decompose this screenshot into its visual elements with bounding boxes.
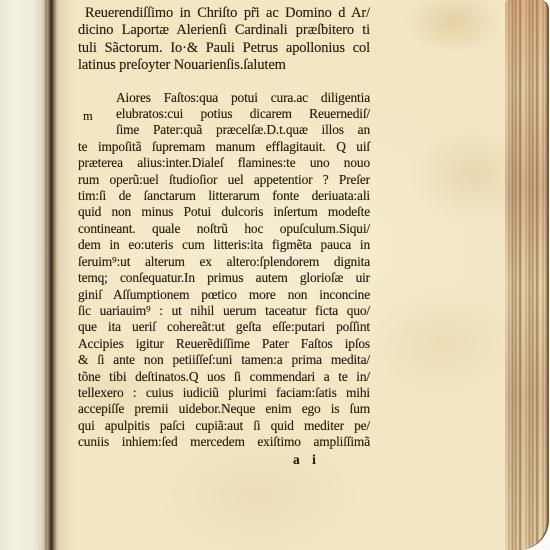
- text-line: dicino Laportæ Alerienſi Cardinali præſb…: [78, 22, 370, 39]
- text-line: tellexero : cuius iudiciũ plurimi faciam…: [78, 385, 370, 401]
- text-line: tõne tibi deſtinatos.Q uos ſi commendari…: [78, 369, 370, 385]
- text-line: temq; conſequatur.In primus autem glorio…: [78, 270, 370, 286]
- text-line: Aiores Faſtos:qua potui cura.ac diligent…: [78, 90, 370, 106]
- text-line: Accipies igitur Reuerẽdiſſime Pater Faſt…: [78, 336, 370, 352]
- text-line: tim:ſi de ſanctarum litterarum fonte der…: [78, 188, 370, 204]
- text-line: dem in eo:uteris cum litteris:ita figmẽt…: [78, 237, 370, 253]
- gutter-shadow: [43, 0, 59, 550]
- text-line: accepiſſe premii uidebor.Neque enim ego …: [78, 401, 370, 417]
- text-line: ſic uariauim⁹ : ut nihil uerum taceatur …: [78, 303, 370, 319]
- text-block: Reuerendiſſimo in Chriſto pr̃i ac Domino…: [78, 5, 370, 468]
- text-line: cuniis inhiem:ſed mercedem exiſtimo ampl…: [78, 434, 370, 450]
- guide-letter: m: [83, 109, 93, 124]
- text-line: giniſ Aſſumptionem pœtico more non incon…: [78, 287, 370, 303]
- body-text: Aiores Faſtos:qua potui cura.ac diligent…: [78, 90, 370, 451]
- text-line: contineant. quale noſtrũ hoc opuſculum.S…: [78, 221, 370, 237]
- text-line: que ita ueriſ cohereãt:ut geſta eſſe:put…: [78, 319, 370, 335]
- signature-mark: a i: [78, 452, 370, 468]
- facing-page-edge: [0, 0, 47, 550]
- book-page: Reuerendiſſimo in Chriſto pr̃i ac Domino…: [54, 0, 508, 550]
- text-line: Reuerendiſſimo in Chriſto pr̃i ac Domino…: [78, 5, 370, 22]
- text-line: tuli Sãctorum. Io·& Pauli Petrus apollon…: [78, 40, 370, 57]
- text-line: ſeruim⁹:ut alterum ex altero:ſplendorem …: [78, 254, 370, 270]
- text-line: te impoſitã ſupremam manum efflagitauit.…: [78, 139, 370, 155]
- text-line: latinus preſoyter Nouarienſis.ſalutem: [78, 57, 370, 74]
- text-line: præterea alius:inter.Dialeſ flamines:te …: [78, 155, 370, 171]
- dedication-header: Reuerendiſſimo in Chriſto pr̃i ac Domino…: [78, 5, 370, 75]
- body-paragraph: m Aiores Faſtos:qua potui cura.ac dilige…: [78, 90, 370, 451]
- fore-edge-pages: [505, 0, 549, 550]
- text-line: elubratos:cui potius dicarem Reuernediſ/: [78, 106, 370, 122]
- book-photo: Reuerendiſſimo in Chriſto pr̃i ac Domino…: [0, 0, 550, 550]
- text-line: ſime Pater:quã præcelſæ.D.t.quæ illos an: [78, 122, 370, 138]
- text-line: rum operũ:uel ſtudioſior uel appetentior…: [78, 172, 370, 188]
- text-line: quid non minus Potui dulcoris inſertum m…: [78, 204, 370, 220]
- text-line: qui apulpitis paſci cupiã:aut ſi quid me…: [78, 418, 370, 434]
- text-line: & ſi ante non petiiſſeſ:uni tamen:a prim…: [78, 352, 370, 368]
